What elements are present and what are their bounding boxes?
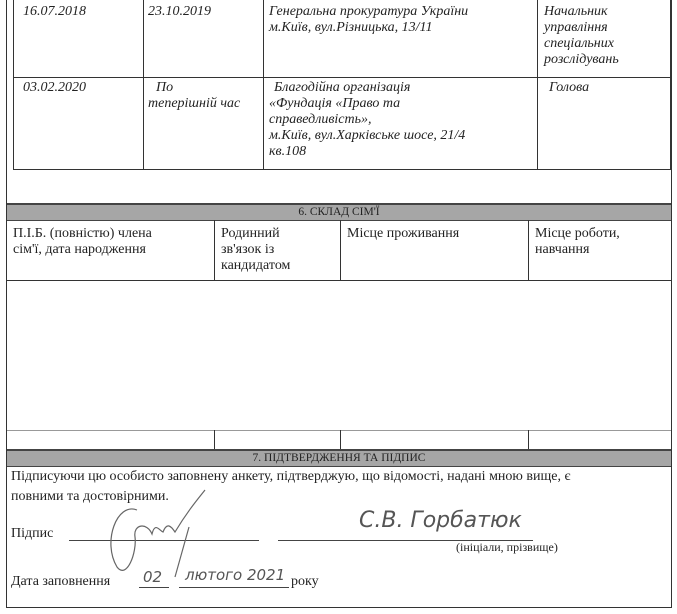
section-header-family: 6. СКЛАД СІМ'Ї <box>7 203 671 221</box>
row-divider <box>7 280 671 281</box>
column-divider <box>143 0 144 170</box>
position: Голова <box>549 80 589 96</box>
column-header-residence: Місце проживання <box>347 226 459 242</box>
row-divider <box>13 77 671 78</box>
column-divider <box>340 220 341 280</box>
date-month-year: лютого 2021 <box>185 566 285 584</box>
signature-label: Підпис <box>11 524 53 544</box>
organization: Благодійна організація «Фундація «Право … <box>269 80 465 160</box>
row-divider <box>7 430 671 431</box>
column-header-workplace: Місце роботи, навчання <box>535 226 620 258</box>
date-day-line[interactable] <box>139 587 169 588</box>
column-divider <box>214 220 215 280</box>
table-border-left <box>13 0 14 170</box>
questionnaire-page: 16.07.2018 23.10.2019 Генеральна прокура… <box>6 0 672 608</box>
row-divider <box>13 169 671 170</box>
date-month-line[interactable] <box>179 587 289 588</box>
date-from: 16.07.2018 <box>23 4 86 20</box>
employment-table: 16.07.2018 23.10.2019 Генеральна прокура… <box>13 0 670 170</box>
column-divider <box>528 220 529 280</box>
position: Начальник управління спеціальних розслід… <box>544 4 619 68</box>
column-divider <box>214 430 215 450</box>
date-day: 02 <box>143 568 162 586</box>
date-from: 03.02.2020 <box>23 80 86 96</box>
section-header-confirmation: 7. ПІДТВЕРДЖЕННЯ ТА ПІДПИС <box>7 449 671 467</box>
date-to: 23.10.2019 <box>148 4 211 20</box>
date-label: Дата заповнення <box>11 572 110 592</box>
name-caption: (ініціали, прізвище) <box>456 537 558 557</box>
column-divider <box>263 0 264 170</box>
organization: Генеральна прокуратура України м.Київ, в… <box>269 4 468 36</box>
date-suffix: року <box>291 572 319 592</box>
column-header-name: П.І.Б. (повністю) члена сім'ї, дата наро… <box>13 226 152 258</box>
table-border-right <box>670 0 671 170</box>
column-header-relation: Родинний зв'язок із кандидатом <box>221 226 290 274</box>
column-divider <box>537 0 538 170</box>
column-divider <box>340 430 341 450</box>
handwritten-name: С.В. Горбатюк <box>359 508 522 533</box>
date-to: По теперішній час <box>148 80 240 112</box>
column-divider <box>528 430 529 450</box>
